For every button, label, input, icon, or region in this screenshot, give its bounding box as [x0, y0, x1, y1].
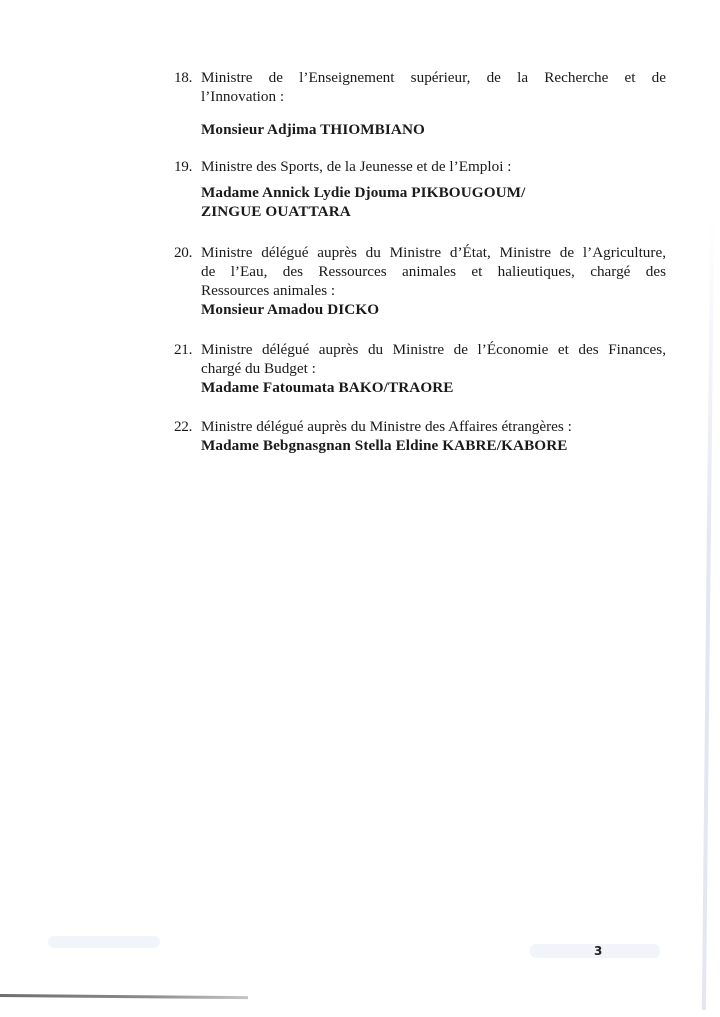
minister-name: Monsieur Amadou DICKO: [201, 300, 666, 319]
entry-number: 18.: [174, 68, 201, 87]
scan-edge-line: [0, 994, 248, 999]
minister-entry-18: 18. Ministre de l’Enseignement supérieur…: [174, 68, 666, 139]
minister-entry-19: 19. Ministre des Sports, de la Jeunesse …: [174, 157, 666, 221]
entry-title-line: Ministre de l’Enseignement supérieur, de…: [201, 68, 666, 87]
minister-name: Madame Fatoumata BAKO/TRAORE: [201, 378, 666, 397]
minister-entry-21: 21. Ministre délégué auprès du Ministre …: [174, 340, 666, 397]
entry-title-line: Ministre délégué auprès du Ministre de l…: [201, 340, 666, 359]
entry-title-line: l’Innovation :: [201, 87, 666, 106]
minister-entry-20: 20. Ministre délégué auprès du Ministre …: [174, 243, 666, 319]
entry-title-line: Ministre délégué auprès du Ministre des …: [201, 417, 666, 436]
entry-title-line: Ressources animales :: [201, 281, 666, 300]
page-number: 3: [594, 944, 602, 958]
entry-number: 21.: [174, 340, 201, 359]
entry-number: 22.: [174, 417, 201, 436]
minister-name: Madame Annick Lydie Djouma PIKBOUGOUM/: [201, 183, 666, 202]
entry-title-line: Ministre délégué auprès du Ministre d’Ét…: [201, 243, 666, 262]
entry-title-line: chargé du Budget :: [201, 359, 666, 378]
scan-smudge: [48, 936, 160, 948]
minister-name-continued: ZINGUE OUATTARA: [201, 202, 666, 221]
entry-number: 20.: [174, 243, 201, 262]
minister-name: Madame Bebgnasgnan Stella Eldine KABRE/K…: [201, 436, 666, 455]
entry-title-line: Ministre des Sports, de la Jeunesse et d…: [201, 157, 666, 176]
scan-right-edge: [702, 220, 714, 1010]
entry-number: 19.: [174, 157, 201, 176]
document-page: 18. Ministre de l’Enseignement supérieur…: [0, 0, 720, 1017]
minister-entry-22: 22. Ministre délégué auprès du Ministre …: [174, 417, 666, 455]
entry-title-line: de l’Eau, des Ressources animales et hal…: [201, 262, 666, 281]
minister-name: Monsieur Adjima THIOMBIANO: [201, 120, 666, 139]
